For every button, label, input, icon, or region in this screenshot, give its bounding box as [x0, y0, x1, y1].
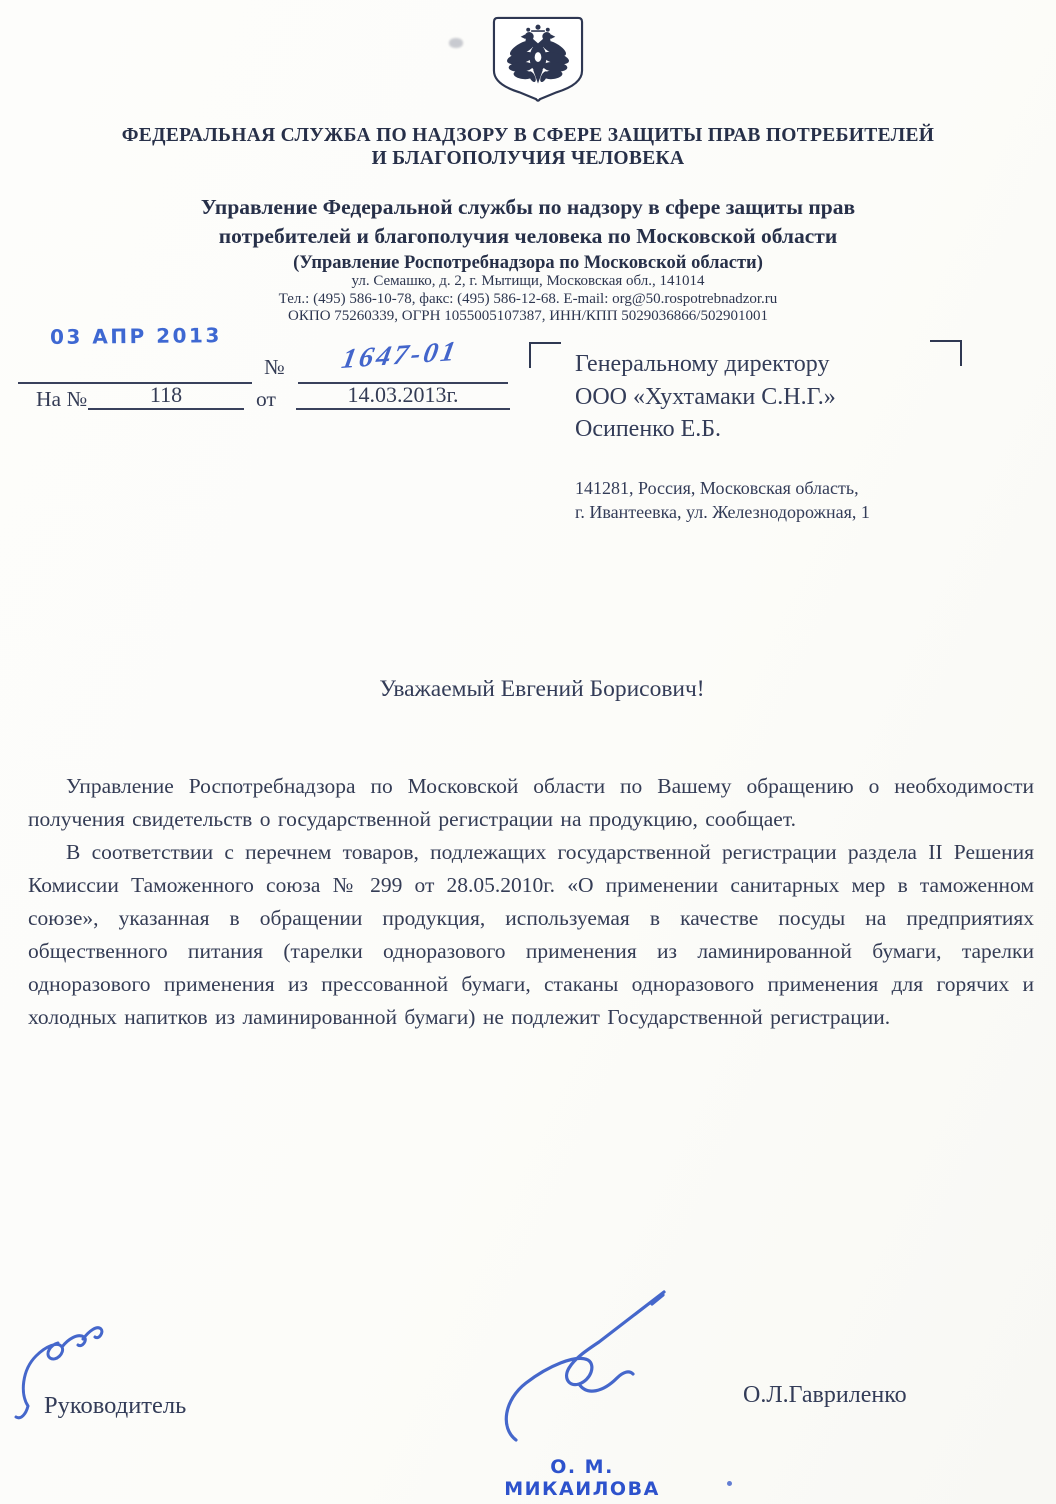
recipient-address-line1: 141281, Россия, Московская область, [575, 476, 870, 500]
number-label: № [264, 355, 285, 380]
body-paragraph-2: В соответствии с перечнем товаров, подле… [28, 836, 1034, 1034]
agency-line2: И БЛАГОПОЛУЧИЯ ЧЕЛОВЕКА [0, 147, 1056, 170]
incoming-number: 118 [88, 382, 244, 410]
agency-line1: ФЕДЕРАЛЬНАЯ СЛУЖБА ПО НАДЗОРУ В СФЕРЕ ЗА… [0, 124, 1056, 147]
ink-dot-artifact [727, 1481, 732, 1486]
department-name: Управление Федеральной службы по надзору… [0, 193, 1056, 276]
org-contacts: Тел.: (495) 586-10-78, факс: (495) 586-1… [0, 291, 1056, 309]
signer-name: О.Л.Гавриленко [743, 1382, 907, 1409]
recipient-address: 141281, Россия, Московская область, г. И… [575, 476, 870, 524]
department-line2: потребителей и благополучия человека по … [0, 222, 1056, 251]
scan-artifact [449, 38, 463, 48]
recipient-title: Генеральному директору [575, 348, 836, 381]
address-corner-mark-left [529, 342, 561, 368]
body-paragraph-1: Управление Роспотребнадзора по Московско… [28, 770, 1034, 836]
address-corner-mark-right [930, 340, 962, 366]
org-address: ул. Семашко, д. 2, г. Мытищи, Московская… [0, 273, 1056, 291]
recipient-company: ООО «Хухтамаки С.Н.Г.» [575, 381, 836, 414]
agency-name: ФЕДЕРАЛЬНАЯ СЛУЖБА ПО НАДЗОРУ В СФЕРЕ ЗА… [0, 124, 1056, 170]
department-line1: Управление Федеральной службы по надзору… [0, 193, 1056, 222]
letter-body: Управление Роспотребнадзора по Московско… [28, 770, 1034, 1034]
recipient-block: Генеральному директору ООО «Хухтамаки С.… [575, 348, 836, 446]
from-label: от [256, 387, 276, 412]
executor-name-stamp: О. М. МИКАИЛОВА [487, 1456, 677, 1500]
received-date-stamp: 03 АПР 2013 [50, 323, 222, 349]
salutation: Уважаемый Евгений Борисович! [30, 676, 1054, 703]
incoming-label: На № [36, 387, 87, 412]
coat-of-arms-icon [492, 15, 584, 105]
signer-position: Руководитель [44, 1392, 186, 1420]
head-signature-ink [496, 1282, 676, 1447]
outgoing-date-blank [18, 356, 252, 384]
letter-page: ФЕДЕРАЛЬНАЯ СЛУЖБА ПО НАДЗОРУ В СФЕРЕ ЗА… [0, 0, 1056, 1504]
recipient-name: Осипенко Е.Б. [575, 413, 836, 446]
recipient-address-line2: г. Ивантеевка, ул. Железнодорожная, 1 [575, 500, 870, 524]
incoming-date: 14.03.2013г. [296, 382, 510, 410]
org-contact-block: ул. Семашко, д. 2, г. Мытищи, Московская… [0, 273, 1056, 326]
